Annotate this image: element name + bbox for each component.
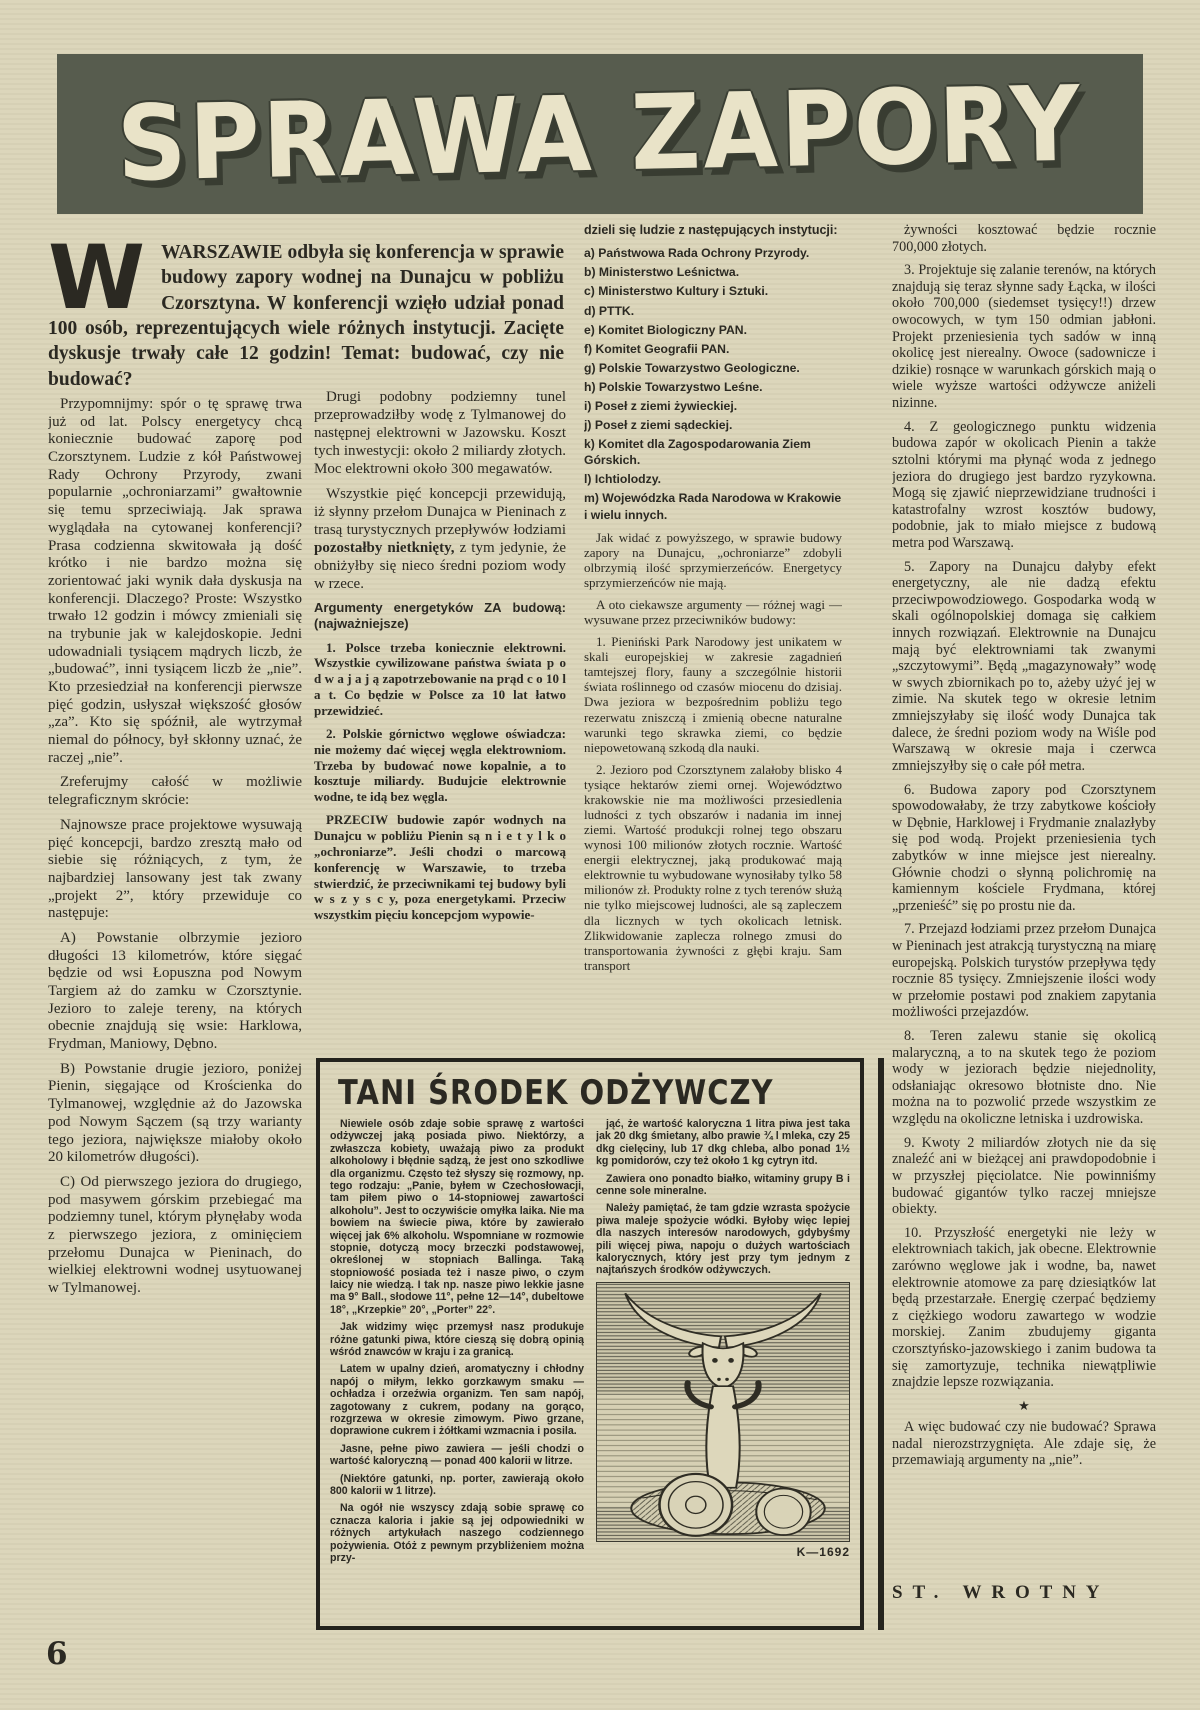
paragraph: 9. Kwoty 2 miliardów złotych nie da się … [892, 1135, 1156, 1218]
article-column-3: dzieli się ludzie z następujących instyt… [584, 222, 842, 1050]
paragraph: jąć, że wartość kaloryczna 1 litra piwa … [596, 1118, 850, 1168]
paragraph: Zreferujmy całość w możliwie telegraficz… [48, 774, 302, 809]
paragraph: Jak widzimy więc przemysł nasz produkuje… [330, 1321, 584, 1358]
lead-paragraph: WWARSZAWIE odbyła się konferencja w spra… [48, 240, 564, 392]
list-item: m) Wojewódzka Rada Narodowa w Krakowie i… [584, 490, 842, 522]
dropcap-letter: W [48, 244, 145, 313]
article-column-2: Drugi podobny podziemny tunel przeprowad… [314, 388, 566, 1050]
institutions-list: a) Państwowa Rada Ochrony Przyrody. b) M… [584, 245, 842, 522]
list-item: k) Komitet dla Zagospodarowania Ziem Gór… [584, 436, 842, 468]
newspaper-page: SPRAWA ZAPORY WWARSZAWIE odbyła się konf… [0, 0, 1200, 1710]
beer-article-box: TANI ŚRODEK ODŻYWCZY Niewiele osób zdaje… [316, 1058, 864, 1630]
bull-on-barrel-illustration [596, 1282, 850, 1542]
box-column-1: Niewiele osób zdaje sobie sprawę z warto… [330, 1118, 584, 1569]
bold-run: ZA [484, 600, 501, 615]
text-run: Wszystkie pięć koncepcji przewidują, iż … [314, 486, 566, 538]
paragraph: Drugi podobny podziemny tunel przeprowad… [314, 388, 566, 478]
paragraph: 3. Projektuje się zalanie terenów, na kt… [892, 262, 1156, 411]
list-item: d) PTTK. [584, 303, 842, 319]
list-item: l) Ichtiolodzy. [584, 471, 842, 487]
paragraph: (Niektóre gatunki, np. porter, zawierają… [330, 1473, 584, 1498]
column-divider-rule [878, 1058, 884, 1630]
paragraph: Zawiera ono ponadto białko, witaminy gru… [596, 1173, 850, 1198]
text-run: Argumenty energetyków [314, 600, 484, 615]
list-item: j) Poseł z ziemi sądeckiej. [584, 417, 842, 433]
paragraph: Niewiele osób zdaje sobie sprawę z warto… [330, 1118, 584, 1316]
headline-title: SPRAWA ZAPORY [116, 63, 1084, 204]
institutions-intro: dzieli się ludzie z następujących instyt… [584, 222, 842, 238]
paragraph: 5. Zapory na Dunajcu dałyby efekt energe… [892, 559, 1156, 775]
star-separator-icon: ★ [892, 1398, 1156, 1413]
paragraph: 1. Pieniński Park Narodowy jest unikatem… [584, 634, 842, 755]
paragraph: 6. Budowa zapory pod Czorsztynem spowodo… [892, 782, 1156, 915]
paragraph: 4. Z geologicznego punktu widzenia budow… [892, 419, 1156, 552]
list-item: e) Komitet Biologiczny PAN. [584, 322, 842, 338]
paragraph: Jak widać z powyższego, w sprawie budowy… [584, 530, 842, 590]
paragraph: B) Powstanie drugie jezioro, poniżej Pie… [48, 1061, 302, 1167]
closing-paragraph: A więc budować czy nie budować? Sprawa n… [892, 1419, 1156, 1469]
paragraph: A) Powstanie olbrzymie jezioro długości … [48, 930, 302, 1054]
article-column-4: żywności kosztować będzie rocznie 700,00… [892, 222, 1156, 1574]
paragraph: żywności kosztować będzie rocznie 700,00… [892, 222, 1156, 255]
author-signature: ST. WROTNY [892, 1582, 1192, 1604]
paragraph: 8. Teren zalewu stanie się okolicą malar… [892, 1028, 1156, 1128]
page-number: 6 [46, 1636, 68, 1672]
headline-banner: SPRAWA ZAPORY [57, 54, 1143, 214]
bold-run: pozostałby nietknięty, [314, 540, 455, 556]
arguments-for-heading: Argumenty energetyków ZA budową: (najważ… [314, 600, 566, 633]
paragraph: Latem w upalny dzień, aromatyczny i chło… [330, 1363, 584, 1437]
box-columns: Niewiele osób zdaje sobie sprawę z warto… [330, 1118, 850, 1569]
list-item: b) Ministerstwo Leśnictwa. [584, 264, 842, 280]
paragraph: A oto ciekawsze argumenty — różnej wagi … [584, 597, 842, 627]
illustration-caption: K—1692 [596, 1545, 850, 1559]
paragraph: 2. Jezioro pod Czorsztynem zalałoby blis… [584, 762, 842, 973]
list-item: c) Ministerstwo Kultury i Sztuki. [584, 283, 842, 299]
paragraph: Najnowsze prace projektowe wysuwają pięć… [48, 817, 302, 923]
list-item: i) Poseł z ziemi żywieckiej. [584, 398, 842, 414]
list-item: a) Państwowa Rada Ochrony Przyrody. [584, 245, 842, 261]
text-run: budowie zapór wodnych na Dunajcu w pobli… [314, 812, 566, 922]
box-title: TANI ŚRODEK ODŻYWCZY [338, 1072, 850, 1112]
list-item: f) Komitet Geografii PAN. [584, 341, 842, 357]
paragraph: 2. Polskie górnictwo węglowe oświadcza: … [314, 726, 566, 805]
article-column-1: Przypomnijmy: spór o tę sprawę trwa już … [48, 396, 302, 1614]
paragraph: 1. Polsce trzeba koniecznie elektrowni. … [314, 640, 566, 719]
list-item: h) Polskie Towarzystwo Leśne. [584, 379, 842, 395]
paragraph: Jasne, pełne piwo zawiera — jeśli chodzi… [330, 1443, 584, 1468]
paragraph: 10. Przyszłość energetyki nie leży w ele… [892, 1225, 1156, 1391]
bold-run: PRZECIW [326, 812, 388, 827]
paragraph: C) Od pierwszego jeziora do drugiego, po… [48, 1174, 302, 1298]
list-item: g) Polskie Towarzystwo Geologiczne. [584, 360, 842, 376]
paragraph: 7. Przejazd łodziami przez przełom Dunaj… [892, 921, 1156, 1021]
paragraph: Należy pamiętać, że tam gdzie wzrasta sp… [596, 1202, 850, 1276]
paragraph: Przypomnijmy: spór o tę sprawę trwa już … [48, 396, 302, 767]
box-column-2: jąć, że wartość kaloryczna 1 litra piwa … [596, 1118, 850, 1569]
paragraph: PRZECIW budowie zapór wodnych na Dunajcu… [314, 812, 566, 923]
paragraph: Na ogół nie wszyscy zdają sobie sprawę c… [330, 1502, 584, 1564]
paragraph: Wszystkie pięć koncepcji przewidują, iż … [314, 485, 566, 593]
